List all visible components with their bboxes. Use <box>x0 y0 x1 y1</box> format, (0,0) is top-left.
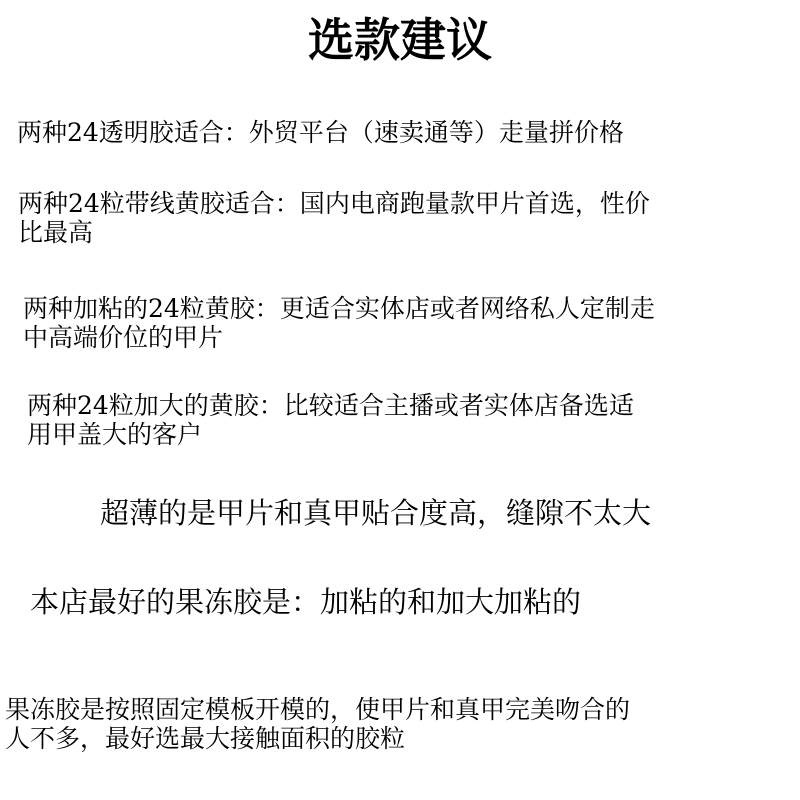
paragraph-enlarged-glue: 两种24粒加大的黄胶：比较适合主播或者实体店备选适 用甲盖大的客户 <box>27 392 634 450</box>
paragraph-yellow-glue-with-line: 两种24粒带线黄胶适合：国内电商跑量款甲片首选，性价 比最高 <box>18 190 650 248</box>
paragraph-line: 本店最好的果冻胶是：加粘的和加大加粘的 <box>30 586 581 619</box>
paragraph-line: 两种24透明胶适合：外贸平台（速卖通等）走量拼价格 <box>17 119 624 148</box>
paragraph-extra-sticky-glue: 两种加粘的24粒黄胶：更适合实体店或者网络私人定制走 中高端价位的甲片 <box>23 295 655 353</box>
paragraph-line: 中高端价位的甲片 <box>23 324 655 353</box>
paragraph-line: 果冻胶是按照固定模板开模的，使甲片和真甲完美吻合的 <box>5 696 630 725</box>
paragraph-ultra-thin-note: 超薄的是甲片和真甲贴合度高，缝隙不太大 <box>100 497 651 530</box>
paragraph-line: 人不多，最好选最大接触面积的胶粒 <box>5 725 630 754</box>
paragraph-best-jelly-glue: 本店最好的果冻胶是：加粘的和加大加粘的 <box>30 586 581 619</box>
paragraph-line: 比最高 <box>18 219 650 248</box>
paragraph-line: 超薄的是甲片和真甲贴合度高，缝隙不太大 <box>100 497 651 530</box>
paragraph-line: 两种加粘的24粒黄胶：更适合实体店或者网络私人定制走 <box>23 295 655 324</box>
paragraph-line: 用甲盖大的客户 <box>27 421 634 450</box>
paragraph-transparent-glue: 两种24透明胶适合：外贸平台（速卖通等）走量拼价格 <box>17 119 624 148</box>
paragraph-jelly-glue-tip: 果冻胶是按照固定模板开模的，使甲片和真甲完美吻合的 人不多，最好选最大接触面积的… <box>5 696 630 754</box>
page-title: 选款建议 <box>0 14 800 67</box>
paragraph-line: 两种24粒加大的黄胶：比较适合主播或者实体店备选适 <box>27 392 634 421</box>
paragraph-line: 两种24粒带线黄胶适合：国内电商跑量款甲片首选，性价 <box>18 190 650 219</box>
